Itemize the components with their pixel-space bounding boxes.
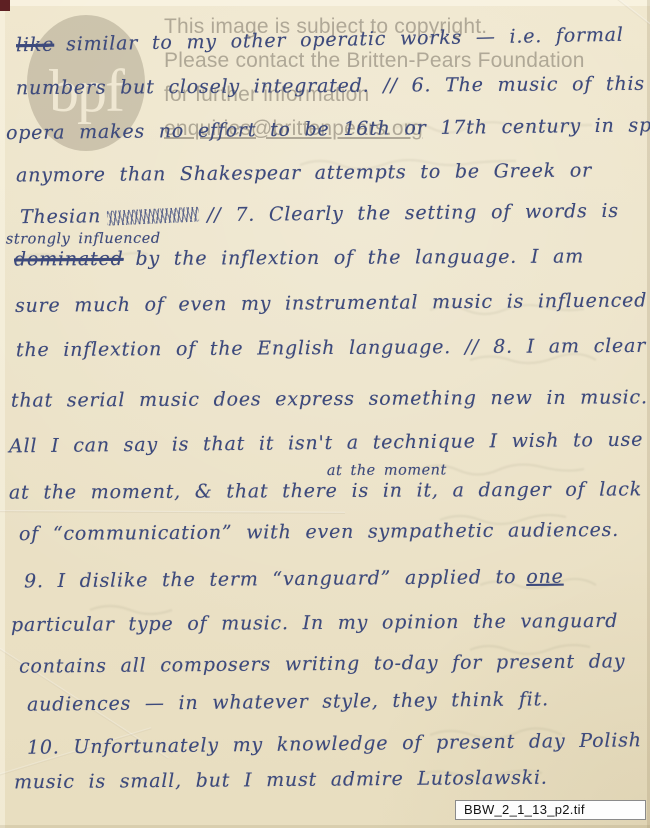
line-text: Thesian: [20, 205, 101, 228]
filename-label: BBW_2_1_13_p2.tif: [455, 800, 646, 820]
handwritten-line: at the momentat the moment, & that there…: [9, 478, 642, 503]
handwritten-line: 10. Unfortunately my knowledge of presen…: [27, 729, 642, 759]
handwritten-line: strongly influenceddominatedby the infle…: [14, 246, 584, 271]
underlined-word: one: [526, 566, 564, 588]
line-text: All I can say is that it isn't a techniq…: [9, 429, 643, 458]
handwritten-line: the inflextion of the English language. …: [16, 335, 646, 361]
handwritten-line: 9. I dislike the term “vanguard” applied…: [24, 566, 564, 593]
scan-corner-artifact: [0, 0, 10, 11]
struck-word: like: [16, 34, 55, 57]
handwritten-line: contains all composers writing to-day fo…: [19, 650, 626, 677]
line-text: audiences — in whatever style, they thin…: [27, 688, 549, 715]
handwritten-line: particular type of music. In my opinion …: [11, 610, 618, 636]
handwritten-line: of “communication” with even sympathetic…: [19, 519, 619, 545]
scanned-manuscript-page: bpf This image is subject to copyright. …: [0, 0, 650, 828]
handwritten-line: anymore than Shakespear attempts to be G…: [16, 159, 592, 186]
scribbled-out-word: [107, 207, 200, 226]
line-text: that serial music does express something…: [11, 386, 648, 411]
line-text: numbers but closely integrated. // 6. Th…: [16, 73, 645, 99]
struck-word: dominated: [14, 248, 124, 271]
line-text: 9. I dislike the term “vanguard” applied…: [24, 566, 516, 592]
scan-edge-left: [0, 0, 5, 828]
line-text: // 7. Clearly the setting of words is: [207, 200, 619, 226]
paper-crease: [0, 510, 345, 514]
handwritten-line: music is small, but I must admire Lutosl…: [14, 767, 548, 794]
line-text: particular type of music. In my opinion …: [11, 610, 618, 636]
handwritten-line: numbers but closely integrated. // 6. Th…: [16, 73, 645, 99]
handwritten-line: All I can say is that it isn't a techniq…: [9, 429, 643, 458]
line-text: 10. Unfortunately my knowledge of presen…: [27, 729, 642, 759]
line-text: anymore than Shakespear attempts to be G…: [16, 159, 592, 186]
inserted-correction: at the moment: [327, 462, 447, 479]
inserted-correction: strongly influenced: [6, 231, 161, 248]
handwritten-line: audiences — in whatever style, they thin…: [27, 688, 549, 715]
line-text: contains all composers writing to-day fo…: [19, 650, 626, 677]
line-text: sure much of even my instrumental music …: [15, 289, 650, 317]
line-text: by the inflextion of the language. I am: [135, 246, 584, 270]
handwritten-line: Thesian// 7. Clearly the setting of word…: [20, 200, 619, 228]
line-text: music is small, but I must admire Lutosl…: [14, 767, 548, 794]
line-text: of “communication” with even sympathetic…: [19, 519, 619, 545]
line-text: the inflextion of the English language. …: [16, 335, 646, 361]
scan-edge-top: [0, 0, 650, 6]
handwritten-line: that serial music does express something…: [11, 386, 648, 411]
line-text: at the moment, & that there is in it, a …: [9, 478, 642, 503]
handwritten-line: sure much of even my instrumental music …: [15, 289, 650, 317]
